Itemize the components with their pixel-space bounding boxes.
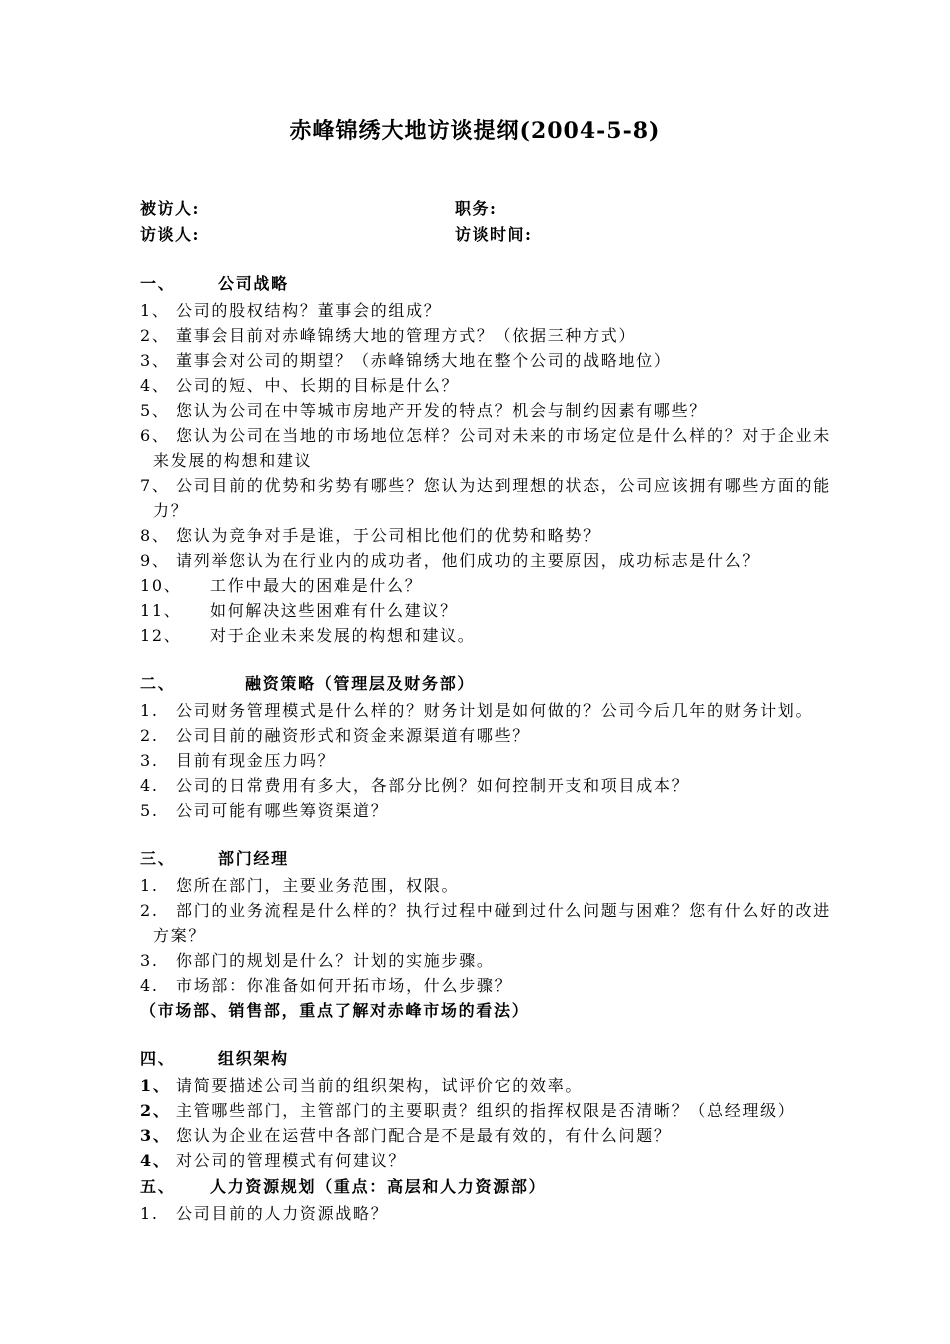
item-number: 4. — [140, 773, 176, 798]
list-item: 1.公司目前的人力资源战略？ — [140, 1201, 834, 1226]
item-number: 1. — [140, 698, 176, 723]
list-item: 1、公司的股权结构？董事会的组成？ — [140, 298, 834, 323]
item-number: 1. — [140, 873, 176, 898]
item-number: 9、 — [140, 548, 176, 573]
section-number: 一、 — [140, 271, 218, 296]
item-number: 11、 — [140, 598, 210, 623]
item-number: 6、 — [140, 423, 176, 448]
item-number: 3. — [140, 748, 176, 773]
item-number: 4、 — [140, 1148, 176, 1173]
item-number: 2、 — [140, 1098, 176, 1123]
interviewee-label: 被访人: — [140, 196, 455, 222]
item-text: 你部门的规划是什么？计划的实施步骤。 — [176, 951, 495, 970]
item-number: 2、 — [140, 323, 176, 348]
list-item: 11、如何解决这些困难有什么建议？ — [140, 598, 834, 623]
item-number: 7、 — [140, 473, 176, 498]
item-number: 1. — [140, 1201, 176, 1226]
item-text: 您认为公司在当地的市场地位怎样？公司对未来的市场定位是什么样的？对于企业未来发展… — [153, 426, 831, 470]
item-text: 公司的日常费用有多大，各部分比例？如何控制开支和项目成本？ — [176, 776, 689, 795]
item-number: 8、 — [140, 523, 176, 548]
document-title: 赤峰锦绣大地访谈提纲(2004-5-8) — [0, 0, 950, 150]
section: 五、人力资源规划（重点：高层和人力资源部）1.公司目前的人力资源战略？ — [140, 1174, 834, 1226]
meta-row: 访谈人: 访谈时间: — [140, 222, 760, 248]
list-item: 5.公司可能有哪些筹资渠道？ — [140, 798, 834, 823]
item-text: 对公司的管理模式有何建议？ — [176, 1151, 406, 1170]
section-title: 组织架构 — [218, 1046, 289, 1071]
item-text: 您认为企业在运营中各部门配合是不是最有效的，有什么问题？ — [176, 1126, 672, 1145]
section-heading: 五、人力资源规划（重点：高层和人力资源部） — [140, 1174, 834, 1199]
item-number: 5. — [140, 798, 176, 823]
item-text: 市场部：你准备如何开拓市场，什么步骤？ — [176, 976, 512, 995]
section-heading: 四、组织架构 — [140, 1046, 834, 1071]
list-item: 1.您所在部门，主要业务范围，权限。 — [140, 873, 834, 898]
list-item: 2.公司目前的融资形式和资金来源渠道有哪些？ — [140, 723, 834, 748]
list-item: 4、公司的短、中、长期的目标是什么？ — [140, 373, 834, 398]
item-number: 2. — [140, 723, 176, 748]
list-item: 4.公司的日常费用有多大，各部分比例？如何控制开支和项目成本？ — [140, 773, 834, 798]
list-item: 12、对于企业未来发展的构想和建议。 — [140, 623, 834, 648]
item-number: 1、 — [140, 298, 176, 323]
section-number: 三、 — [140, 846, 218, 871]
item-text: 对于企业未来发展的构想和建议。 — [210, 626, 476, 645]
list-item: 3、您认为企业在运营中各部门配合是不是最有效的，有什么问题？ — [140, 1123, 834, 1148]
meta-block: 被访人: 职务: 访谈人: 访谈时间: — [140, 196, 760, 248]
item-text: 主管哪些部门，主管部门的主要职责？组织的指挥权限是否清晰？（总经理级） — [176, 1101, 796, 1120]
section-heading: 二、融资策略（管理层及财务部） — [140, 671, 834, 696]
item-number: 10、 — [140, 573, 210, 598]
item-text: 公司可能有哪些筹资渠道？ — [176, 801, 388, 820]
list-item: 9、请列举您认为在行业内的成功者，他们成功的主要原因，成功标志是什么？ — [140, 548, 834, 573]
meta-row: 被访人: 职务: — [140, 196, 760, 222]
list-item: 5、您认为公司在中等城市房地产开发的特点？机会与制约因素有哪些？ — [140, 398, 834, 423]
item-text: 目前有现金压力吗？ — [176, 751, 335, 770]
list-item: 6、您认为公司在当地的市场地位怎样？公司对未来的市场定位是什么样的？对于企业未来… — [140, 423, 834, 473]
time-label: 访谈时间: — [455, 222, 532, 248]
section: 四、组织架构1、请简要描述公司当前的组织架构，试评价它的效率。2、主管哪些部门，… — [140, 1046, 834, 1173]
item-text: 董事会对公司的期望？（赤峰锦绣大地在整个公司的战略地位） — [176, 351, 672, 370]
item-text: 公司目前的融资形式和资金来源渠道有哪些？ — [176, 726, 530, 745]
list-item: 8、您认为竞争对手是谁，于公司相比他们的优势和略势？ — [140, 523, 834, 548]
item-number: 3、 — [140, 1123, 176, 1148]
item-text: 公司目前的人力资源战略？ — [176, 1204, 388, 1223]
item-text: 部门的业务流程是什么样的？执行过程中碰到过什么问题与困难？您有什么好的改进方案？ — [153, 901, 831, 945]
item-text: 工作中最大的困难是什么？ — [210, 576, 422, 595]
section-title: 部门经理 — [218, 846, 289, 871]
document-body: 一、公司战略1、公司的股权结构？董事会的组成？2、董事会目前对赤峰锦绣大地的管理… — [140, 271, 834, 1226]
section-heading: 一、公司战略 — [140, 271, 834, 296]
item-number: 1、 — [140, 1073, 176, 1098]
item-text: 公司的短、中、长期的目标是什么？ — [176, 376, 459, 395]
item-number: 3. — [140, 948, 176, 973]
item-text: 请简要描述公司当前的组织架构，试评价它的效率。 — [176, 1076, 583, 1095]
section: 一、公司战略1、公司的股权结构？董事会的组成？2、董事会目前对赤峰锦绣大地的管理… — [140, 271, 834, 648]
item-text: 董事会目前对赤峰锦绣大地的管理方式？（依据三种方式） — [176, 326, 636, 345]
item-text: 公司财务管理模式是什么样的？财务计划是如何做的？公司今后几年的财务计划。 — [176, 701, 813, 720]
item-text: 公司目前的优势和劣势有哪些？您认为达到理想的状态，公司应该拥有哪些方面的能力？ — [153, 476, 831, 520]
section-title: 人力资源规划（重点：高层和人力资源部） — [210, 1174, 546, 1199]
list-item: 3.目前有现金压力吗？ — [140, 748, 834, 773]
item-text: 公司的股权结构？董事会的组成？ — [176, 301, 442, 320]
list-item: 2.部门的业务流程是什么样的？执行过程中碰到过什么问题与困难？您有什么好的改进方… — [140, 898, 834, 948]
list-item: 2、董事会目前对赤峰锦绣大地的管理方式？（依据三种方式） — [140, 323, 834, 348]
item-number: 12、 — [140, 623, 210, 648]
list-item: 4、对公司的管理模式有何建议？ — [140, 1148, 834, 1173]
interviewer-label: 访谈人: — [140, 222, 455, 248]
list-item: 1.公司财务管理模式是什么样的？财务计划是如何做的？公司今后几年的财务计划。 — [140, 698, 834, 723]
section-number: 四、 — [140, 1046, 218, 1071]
section-note: （市场部、销售部，重点了解对赤峰市场的看法） — [140, 998, 834, 1023]
list-item: 7、公司目前的优势和劣势有哪些？您认为达到理想的状态，公司应该拥有哪些方面的能力… — [140, 473, 834, 523]
list-item: 1、请简要描述公司当前的组织架构，试评价它的效率。 — [140, 1073, 834, 1098]
item-number: 4. — [140, 973, 176, 998]
item-number: 4、 — [140, 373, 176, 398]
item-number: 5、 — [140, 398, 176, 423]
item-number: 3、 — [140, 348, 176, 373]
list-item: 3.你部门的规划是什么？计划的实施步骤。 — [140, 948, 834, 973]
item-number: 2. — [140, 898, 176, 923]
section: 三、部门经理1.您所在部门，主要业务范围，权限。2.部门的业务流程是什么样的？执… — [140, 846, 834, 1023]
item-text: 请列举您认为在行业内的成功者，他们成功的主要原因，成功标志是什么？ — [176, 551, 760, 570]
position-label: 职务: — [455, 196, 497, 222]
item-text: 如何解决这些困难有什么建议？ — [210, 601, 458, 620]
section-number: 五、 — [140, 1174, 210, 1199]
section-heading: 三、部门经理 — [140, 846, 834, 871]
list-item: 4.市场部：你准备如何开拓市场，什么步骤？ — [140, 973, 834, 998]
document-page: 赤峰锦绣大地访谈提纲(2004-5-8) 被访人: 职务: 访谈人: 访谈时间:… — [0, 0, 950, 1344]
list-item: 10、工作中最大的困难是什么？ — [140, 573, 834, 598]
section-number: 二、 — [140, 671, 245, 696]
section: 二、融资策略（管理层及财务部）1.公司财务管理模式是什么样的？财务计划是如何做的… — [140, 671, 834, 823]
item-text: 您认为竞争对手是谁，于公司相比他们的优势和略势？ — [176, 526, 601, 545]
list-item: 2、主管哪些部门，主管部门的主要职责？组织的指挥权限是否清晰？（总经理级） — [140, 1098, 834, 1123]
item-text: 您认为公司在中等城市房地产开发的特点？机会与制约因素有哪些？ — [176, 401, 707, 420]
section-title: 融资策略（管理层及财务部） — [245, 671, 475, 696]
section-title: 公司战略 — [218, 271, 289, 296]
list-item: 3、董事会对公司的期望？（赤峰锦绣大地在整个公司的战略地位） — [140, 348, 834, 373]
item-text: 您所在部门，主要业务范围，权限。 — [176, 876, 459, 895]
